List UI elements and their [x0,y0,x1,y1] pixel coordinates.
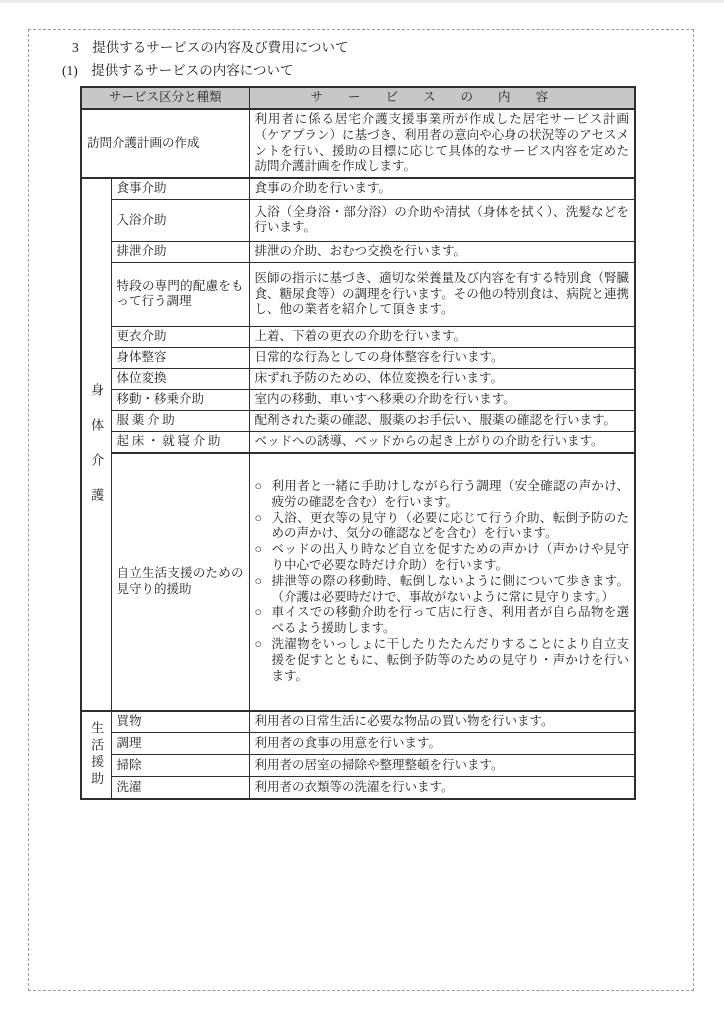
row-label: 特段の専門的配慮をもって行う調理 [111,262,249,326]
table-row: 掃除 利用者の居室の掃除や整理整頓を行います。 [81,755,635,777]
row-content: ベッドへの誘導、ベッドからの起き上がりの介助を行います。 [249,431,635,452]
row-label: 移動・移乗介助 [111,389,249,410]
table-row: 身体整容 日常的な行為としての身体整容を行います。 [81,347,635,368]
row-content: 利用者の日常生活に必要な物品の買い物を行います。 [249,711,635,733]
table-row: 服薬介助 配剤された薬の確認、服薬のお手伝い、服薬の確認を行います。 [81,410,635,431]
row-label: 食事介助 [111,178,249,199]
header-category-cell: サービス区分と種類 [81,87,249,109]
circle-bullet-icon: ○ [255,605,272,621]
document-page: 3 提供するサービスの内容及び費用について (1) 提供するサービスの内容につい… [0,0,724,1024]
bullet-item: ○ 排泄等の際の移動時、転倒しないように側について歩きます。（介護は必要時だけで… [255,574,630,606]
circle-bullet-icon: ○ [255,542,272,558]
table-row: 更衣介助 上着、下着の更衣の介助を行います。 [81,326,635,347]
circle-bullet-icon: ○ [255,637,272,653]
table-row: 排泄介助 排泄の介助、おむつ交換を行います。 [81,241,635,262]
row-label: 調理 [111,733,249,755]
group-body-care-cell: 身体介護 [81,178,111,711]
group-body-care-label: 身体介護 [88,361,104,524]
care-plan-content: 利用者に係る居宅介護支援事業所が作成した居宅サービス計画（ケアプラン）に基づき、… [249,109,635,178]
bullet-item: ○ ベッドの出入り時など自立を促すための声かけ（声かけや見守り中心で必要な時だけ… [255,542,630,574]
group-life-support-label: 生活援助 [88,717,104,789]
bullet-text: 洗濯物をいっしょに干したりたたんだりすることにより自立支援を促すとともに、転倒予… [272,637,630,684]
row-content: 上着、下着の更衣の介助を行います。 [249,326,635,347]
bullet-text: ベッドの出入り時など自立を促すための声かけ（声かけや見守り中心で必要な時だけ介助… [272,542,630,574]
bullet-text: 排泄等の際の移動時、転倒しないように側について歩きます。（介護は必要時だけで、事… [272,574,630,606]
row-label: 自立生活支援のための見守り的援助 [111,453,249,711]
bullet-text: 入浴、更衣等の見守り（必要に応じて行う介助、転倒予防のための声かけ、気分の確認な… [272,511,630,543]
page-title: 3 提供するサービスの内容及び費用について [72,39,348,56]
row-label: 洗濯 [111,777,249,799]
bullet-text: 利用者と一緒に手助けしながら行う調理（安全確認の声かけ、疲労の確認を含む）を行い… [272,479,630,511]
row-care-plan: 訪問介護計画の作成 利用者に係る居宅介護支援事業所が作成した居宅サービス計画（ケ… [81,109,635,178]
bullet-item: ○ 洗濯物をいっしょに干したりたたんだりすることにより自立支援を促すとともに、転… [255,637,630,684]
table-row: 生活援助 買物 利用者の日常生活に必要な物品の買い物を行います。 [81,711,635,733]
page-subtitle: (1) 提供するサービスの内容について [62,62,293,79]
table-row: 移動・移乗介助 室内の移動、車いすへ移乗の介助を行います。 [81,389,635,410]
bullet-item: ○ 車イスでの移動介助を行って店に行き、利用者が自ら品物を選べるよう援助します。 [255,605,630,637]
bullet-item: ○ 利用者と一緒に手助けしながら行う調理（安全確認の声かけ、疲労の確認を含む）を… [255,479,630,511]
row-content: 利用者の食事の用意を行います。 [249,733,635,755]
row-label: 身体整容 [111,347,249,368]
table-header-row: サービス区分と種類 サービスの内容 [81,87,635,109]
group-life-support-cell: 生活援助 [81,711,111,799]
row-content: 室内の移動、車いすへ移乗の介助を行います。 [249,389,635,410]
table-row: 洗濯 利用者の衣類等の洗濯を行います。 [81,777,635,799]
row-content: 食事の介助を行います。 [249,178,635,199]
row-content: 日常的な行為としての身体整容を行います。 [249,347,635,368]
row-content: 医師の指示に基づき、適切な栄養量及び内容を有する特別食（腎臓食、糖尿食等）の調理… [249,262,635,326]
table-row: 体位変換 床ずれ予防のための、体位変換を行います。 [81,368,635,389]
bullet-text: 車イスでの移動介助を行って店に行き、利用者が自ら品物を選べるよう援助します。 [272,605,630,637]
row-content: 配剤された薬の確認、服薬のお手伝い、服薬の確認を行います。 [249,410,635,431]
row-label: 掃除 [111,755,249,777]
row-label: 買物 [111,711,249,733]
circle-bullet-icon: ○ [255,511,272,527]
table-row: 起床・就寝介助 ベッドへの誘導、ベッドからの起き上がりの介助を行います。 [81,431,635,452]
row-label: 服薬介助 [111,410,249,431]
row-content: 利用者の衣類等の洗濯を行います。 [249,777,635,799]
row-content: 排泄の介助、おむつ交換を行います。 [249,241,635,262]
row-watch-over-support: 自立生活支援のための見守り的援助 ○ 利用者と一緒に手助けしながら行う調理（安全… [81,453,635,711]
row-label: 起床・就寝介助 [111,431,249,452]
row-content-bullets: ○ 利用者と一緒に手助けしながら行う調理（安全確認の声かけ、疲労の確認を含む）を… [249,453,635,711]
row-content: 利用者の居室の掃除や整理整頓を行います。 [249,755,635,777]
service-table: サービス区分と種類 サービスの内容 訪問介護計画の作成 利用者に係る居宅介護支援… [80,86,636,800]
row-label: 更衣介助 [111,326,249,347]
row-label: 入浴介助 [111,199,249,241]
row-content: 入浴（全身浴・部分浴）の介助や清拭（身体を拭く）、洗髪などを行います。 [249,199,635,241]
table-row: 特段の専門的配慮をもって行う調理 医師の指示に基づき、適切な栄養量及び内容を有す… [81,262,635,326]
table-row: 入浴介助 入浴（全身浴・部分浴）の介助や清拭（身体を拭く）、洗髪などを行います。 [81,199,635,241]
care-plan-label: 訪問介護計画の作成 [81,109,249,178]
row-label: 排泄介助 [111,241,249,262]
circle-bullet-icon: ○ [255,479,272,495]
table-row: 調理 利用者の食事の用意を行います。 [81,733,635,755]
header-content-cell: サービスの内容 [249,87,635,109]
row-content: 床ずれ予防のための、体位変換を行います。 [249,368,635,389]
circle-bullet-icon: ○ [255,574,272,590]
table-row: 身体介護 食事介助 食事の介助を行います。 [81,178,635,199]
row-label: 体位変換 [111,368,249,389]
bullet-item: ○ 入浴、更衣等の見守り（必要に応じて行う介助、転倒予防のための声かけ、気分の確… [255,511,630,543]
page-top-edge [0,0,724,3]
